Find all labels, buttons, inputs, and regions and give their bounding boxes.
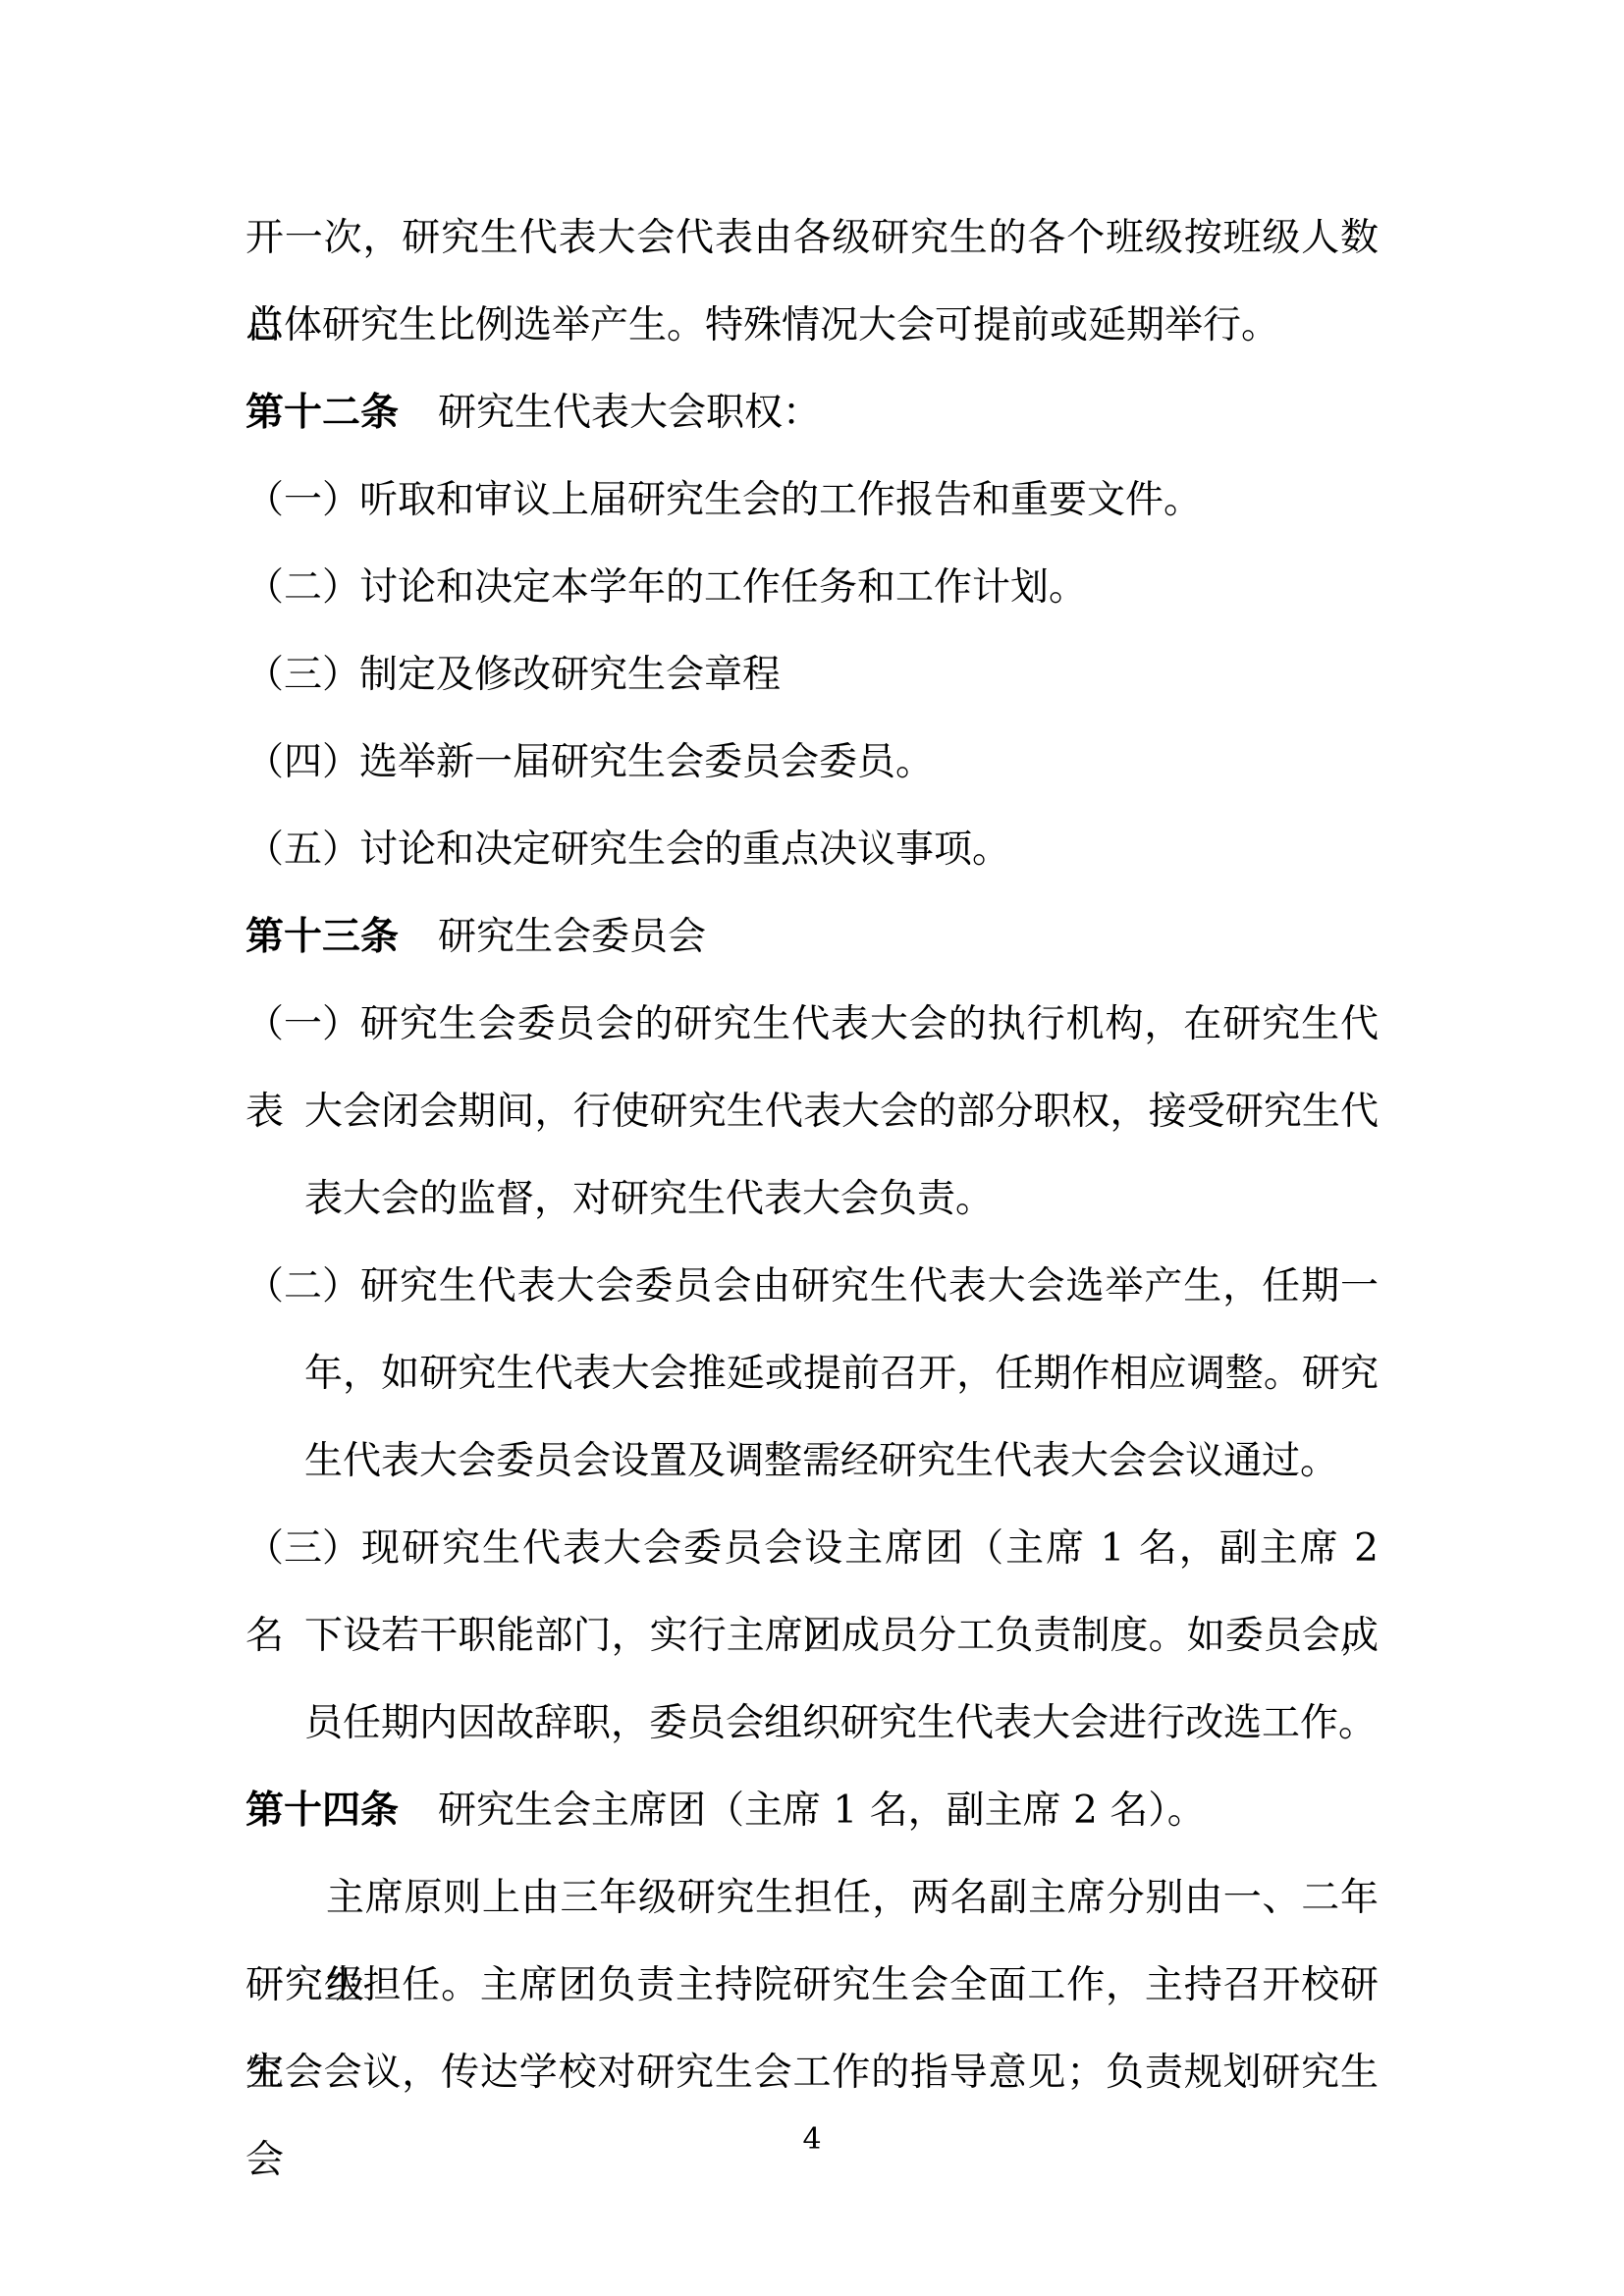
text-line: 研究生担任。主席团负责主持院研究生会全面工作，主持召开校研究	[245, 1942, 1379, 2029]
list-item-number: （一）	[245, 981, 359, 1068]
text-line: 大会闭会期间，行使研究生代表大会的部分职权，接受研究生代	[245, 1068, 1379, 1155]
document-body: 开一次，研究生代表大会代表由各级研究生的各个班级按班级人数占总体研究生比例选举产…	[245, 194, 1379, 2116]
list-item-line: （一）听取和审议上届研究生会的工作报告和重要文件。	[245, 456, 1379, 544]
article-number: 第十三条	[245, 914, 399, 959]
list-item-text: 听取和审议上届研究生会的工作报告和重要文件。	[359, 478, 1202, 522]
list-item-number: （二）	[245, 544, 359, 631]
list-item-line: （三）制定及修改研究生会章程	[245, 631, 1379, 719]
list-item-number: （三）	[245, 1505, 359, 1592]
list-item-text: 讨论和决定研究生会的重点决议事项。	[359, 828, 1010, 872]
list-item-number: （五）	[245, 806, 359, 893]
list-item-line: （一）研究生会委员会的研究生代表大会的执行机构，在研究生代表	[245, 981, 1379, 1068]
text-line: 下设若干职能部门，实行主席团成员分工负责制度。如委员会成	[245, 1592, 1379, 1680]
list-item-number: （三）	[245, 631, 359, 719]
list-item-line: （四）选举新一届研究生会委员会委员。	[245, 719, 1379, 806]
article-number: 第十二条	[245, 390, 399, 435]
article-heading: 第十三条研究生会委员会	[245, 893, 1379, 981]
text-line: 年，如研究生代表大会推延或提前召开，任期作相应调整。研究	[245, 1330, 1379, 1417]
list-item-line: （二）研究生代表大会委员会由研究生代表大会选举产生，任期一	[245, 1243, 1379, 1330]
text-line: 生会会议，传达学校对研究生会工作的指导意见；负责规划研究生会	[245, 2029, 1379, 2116]
list-item-text: 选举新一届研究生会委员会委员。	[359, 740, 934, 784]
article-heading: 第十四条研究生会主席团（主席 1 名，副主席 2 名）。	[245, 1767, 1379, 1854]
article-title: 研究生代表大会职权：	[438, 391, 821, 435]
text-line: 生代表大会委员会设置及调整需经研究生代表大会会议通过。	[245, 1417, 1379, 1505]
list-item-number: （二）	[245, 1243, 359, 1330]
article-number: 第十四条	[245, 1788, 399, 1833]
document-page: 开一次，研究生代表大会代表由各级研究生的各个班级按班级人数占总体研究生比例选举产…	[0, 0, 1624, 2296]
list-item-number: （一）	[245, 456, 359, 544]
text-line: 表大会的监督，对研究生代表大会负责。	[245, 1155, 1379, 1243]
text-line: 员任期内因故辞职，委员会组织研究生代表大会进行改选工作。	[245, 1680, 1379, 1767]
text-line: 开一次，研究生代表大会代表由各级研究生的各个班级按班级人数占	[245, 194, 1379, 282]
article-heading: 第十二条研究生代表大会职权：	[245, 369, 1379, 456]
list-item-line: （五）讨论和决定研究生会的重点决议事项。	[245, 806, 1379, 893]
text-line: 主席原则上由三年级研究生担任，两名副主席分别由一、二年级	[245, 1854, 1379, 1942]
article-title: 研究生会主席团（主席 1 名，副主席 2 名）。	[438, 1789, 1206, 1833]
list-item-line: （二）讨论和决定本学年的工作任务和工作计划。	[245, 544, 1379, 631]
list-item-text: 制定及修改研究生会章程	[359, 653, 781, 697]
list-item-line: （三）现研究生代表大会委员会设主席团（主席 1 名，副主席 2 名），	[245, 1505, 1379, 1592]
list-item-number: （四）	[245, 719, 359, 806]
page-number: 4	[0, 2120, 1624, 2160]
article-title: 研究生会委员会	[438, 915, 706, 959]
text-line: 总体研究生比例选举产生。特殊情况大会可提前或延期举行。	[245, 282, 1379, 369]
list-item-text: 讨论和决定本学年的工作任务和工作计划。	[359, 565, 1087, 610]
list-item-text: 研究生代表大会委员会由研究生代表大会选举产生，任期一	[359, 1264, 1379, 1308]
